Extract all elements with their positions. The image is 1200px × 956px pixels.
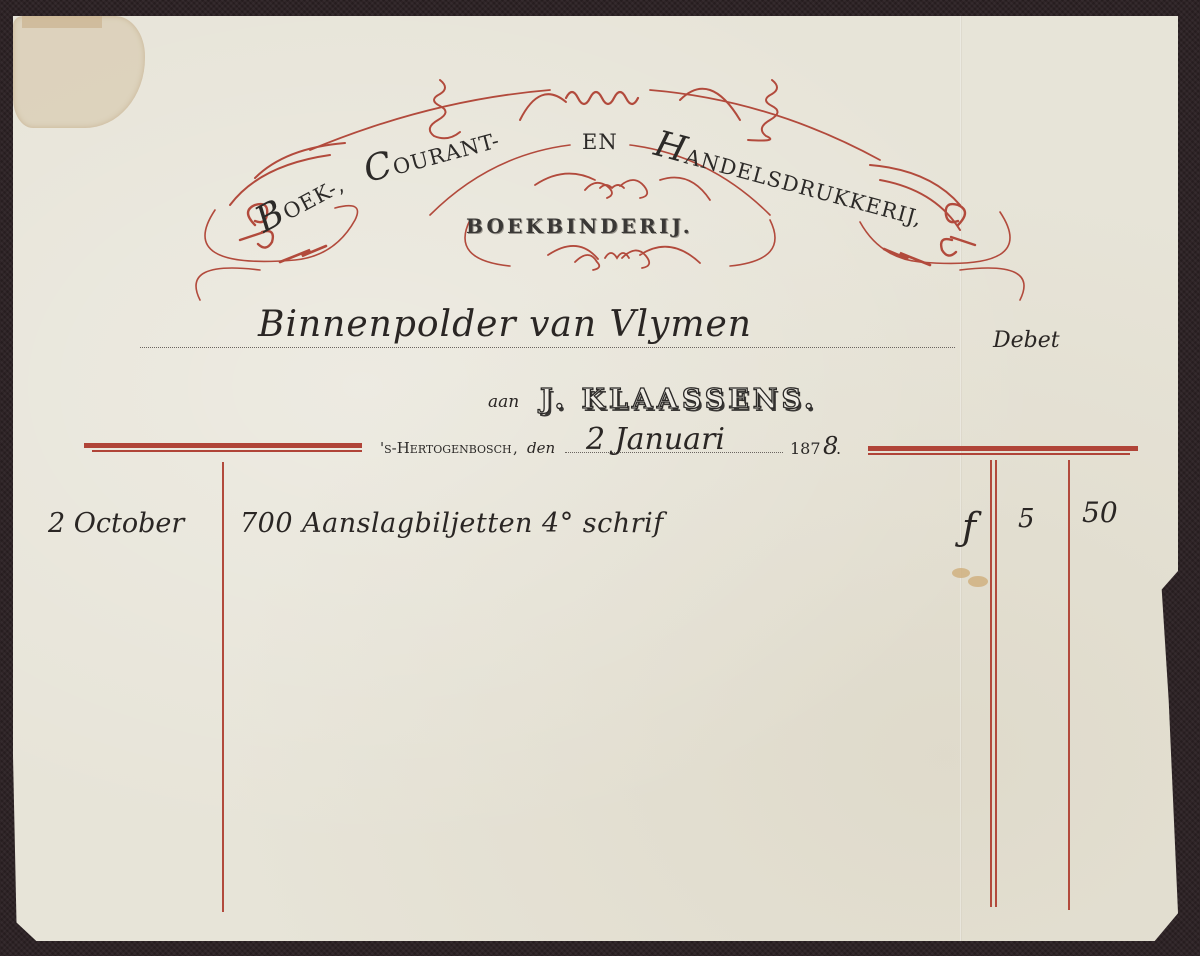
header-rule-left-thick [84,443,362,448]
item-description: 700 Aanslagbiljetten 4° schrif [240,508,664,539]
letterhead-boekbinderij: BOEKBINDERIJ. [466,214,693,238]
creditor-name: J. KLAASSENS. [540,384,817,415]
letterhead-en: EN [582,130,618,154]
column-divider-guilders-left [990,460,992,907]
place-label: 's-Hertogenbosch [380,439,512,457]
header-rule-left-thin [92,450,362,452]
place-comma: , [513,439,518,457]
item-date: 2 October [48,508,184,539]
column-divider-guilders-right [995,460,997,907]
header-rule-right-thick [868,446,1138,451]
currency-symbol: ƒ [962,505,976,549]
handwritten-date: 2 Januari [586,422,725,457]
column-divider-date [222,462,224,912]
year-printed: 187 [790,439,821,458]
header-rule-right-thin [868,453,1130,455]
column-divider-cents [1068,460,1070,910]
item-cents: 50 [1082,496,1118,529]
item-guilders: 5 [1018,504,1035,534]
debet-label: Debet [993,328,1060,353]
year-period: . [836,439,841,458]
recipient-name: Binnenpolder van Vlymen [258,304,752,345]
den-label: den [527,439,555,457]
creditor-prefix: aan [488,392,519,412]
recipient-dotted-line [140,347,955,348]
